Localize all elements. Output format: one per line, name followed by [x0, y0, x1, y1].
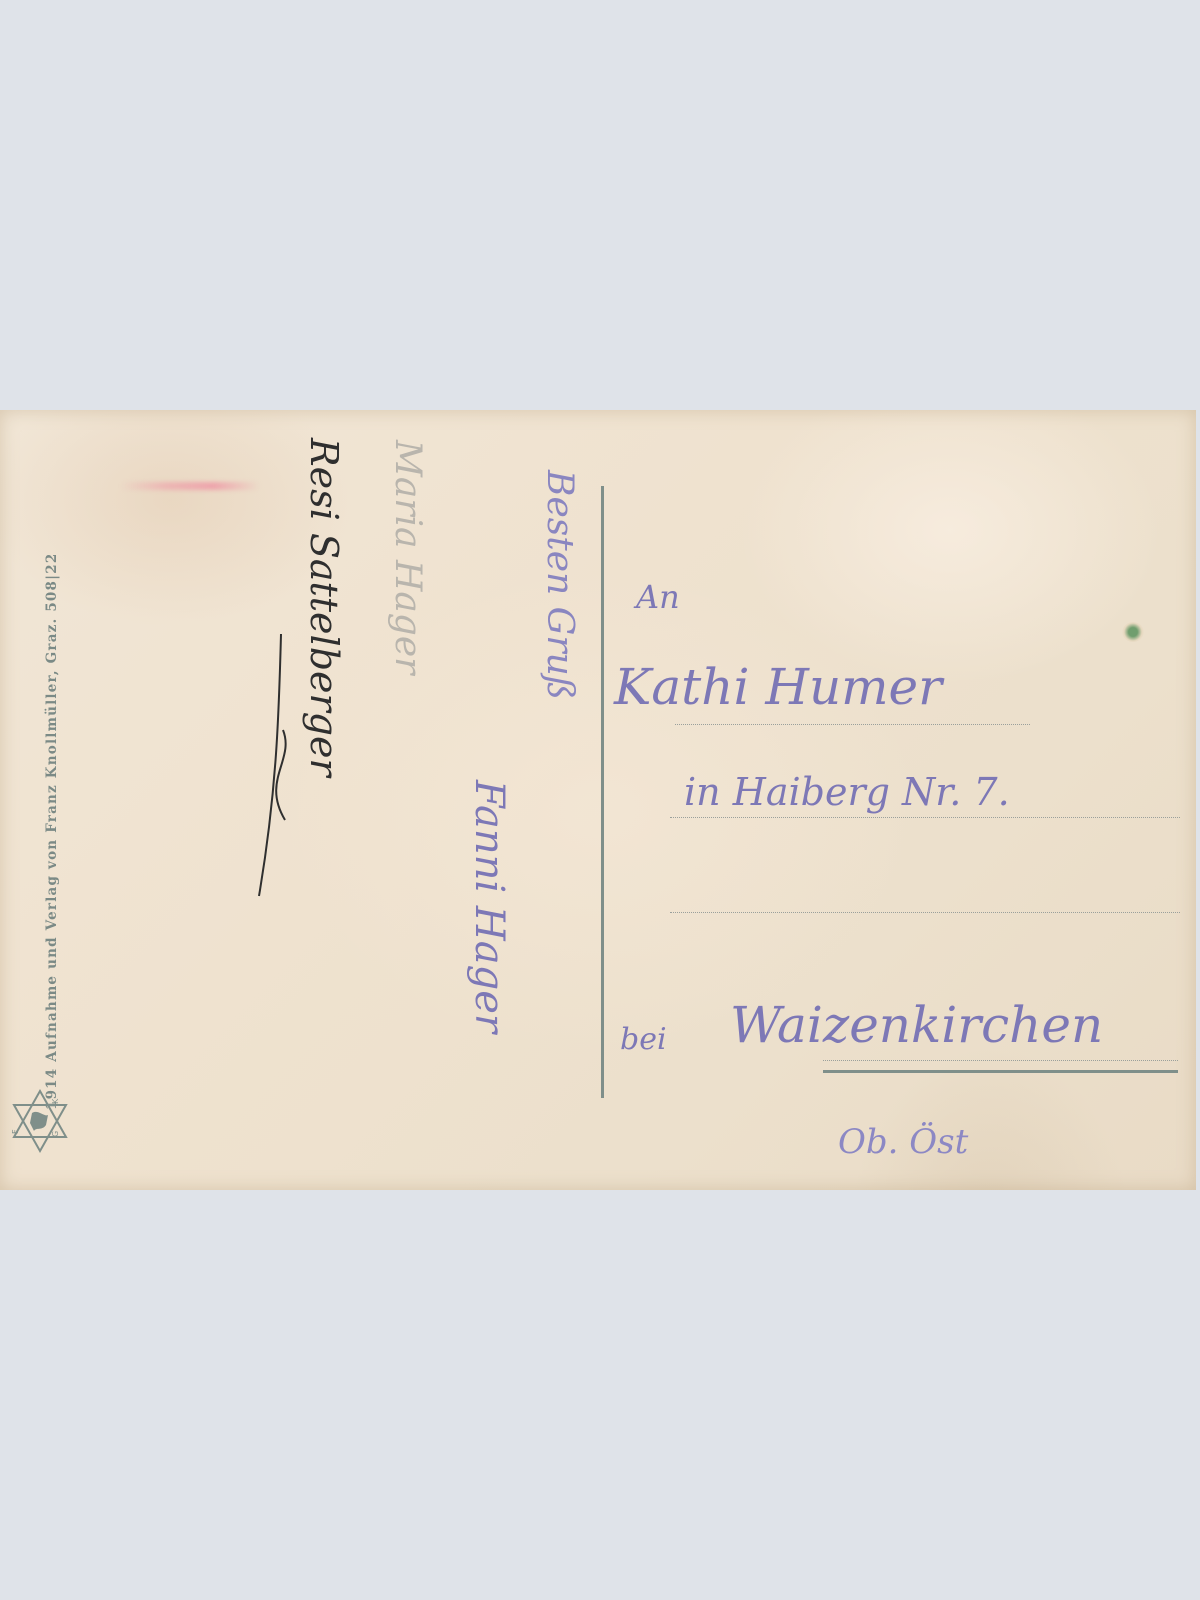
signature-faded-pencil: Maria Hager: [387, 440, 428, 674]
address-line-2: [670, 817, 1180, 818]
salutation: An: [636, 578, 680, 616]
recipient-name: Kathi Humer: [614, 658, 942, 716]
svg-text:G: G: [51, 1131, 60, 1137]
address-line-3: [670, 912, 1180, 913]
svg-text:K: K: [51, 1098, 60, 1104]
center-divider: [601, 486, 604, 1098]
town-underline: [823, 1070, 1178, 1073]
street-line: in Haiberg Nr. 7.: [684, 770, 1010, 814]
pink-stain: [120, 482, 260, 490]
town-prefix: bei: [620, 1022, 667, 1057]
postcard-back: 1914 Aufnahme und Verlag von Franz Knoll…: [0, 410, 1196, 1190]
greeting-purple: Besten Gruß: [539, 470, 580, 700]
publisher-imprint: 1914 Aufnahme und Verlag von Franz Knoll…: [44, 553, 60, 1110]
address-line-1: [675, 724, 1030, 725]
address-line-4: [823, 1060, 1178, 1061]
signature-black: Resi Sattelberger: [302, 438, 346, 777]
region: Ob. Öst: [838, 1122, 968, 1162]
star-of-david-logo-icon: F K G: [10, 1087, 70, 1155]
svg-text:F: F: [11, 1129, 20, 1134]
signature-flourish: [255, 630, 295, 900]
green-stain: [1122, 622, 1144, 642]
signature-purple: Fanni Hager: [466, 780, 512, 1033]
town: Waizenkirchen: [730, 996, 1103, 1054]
